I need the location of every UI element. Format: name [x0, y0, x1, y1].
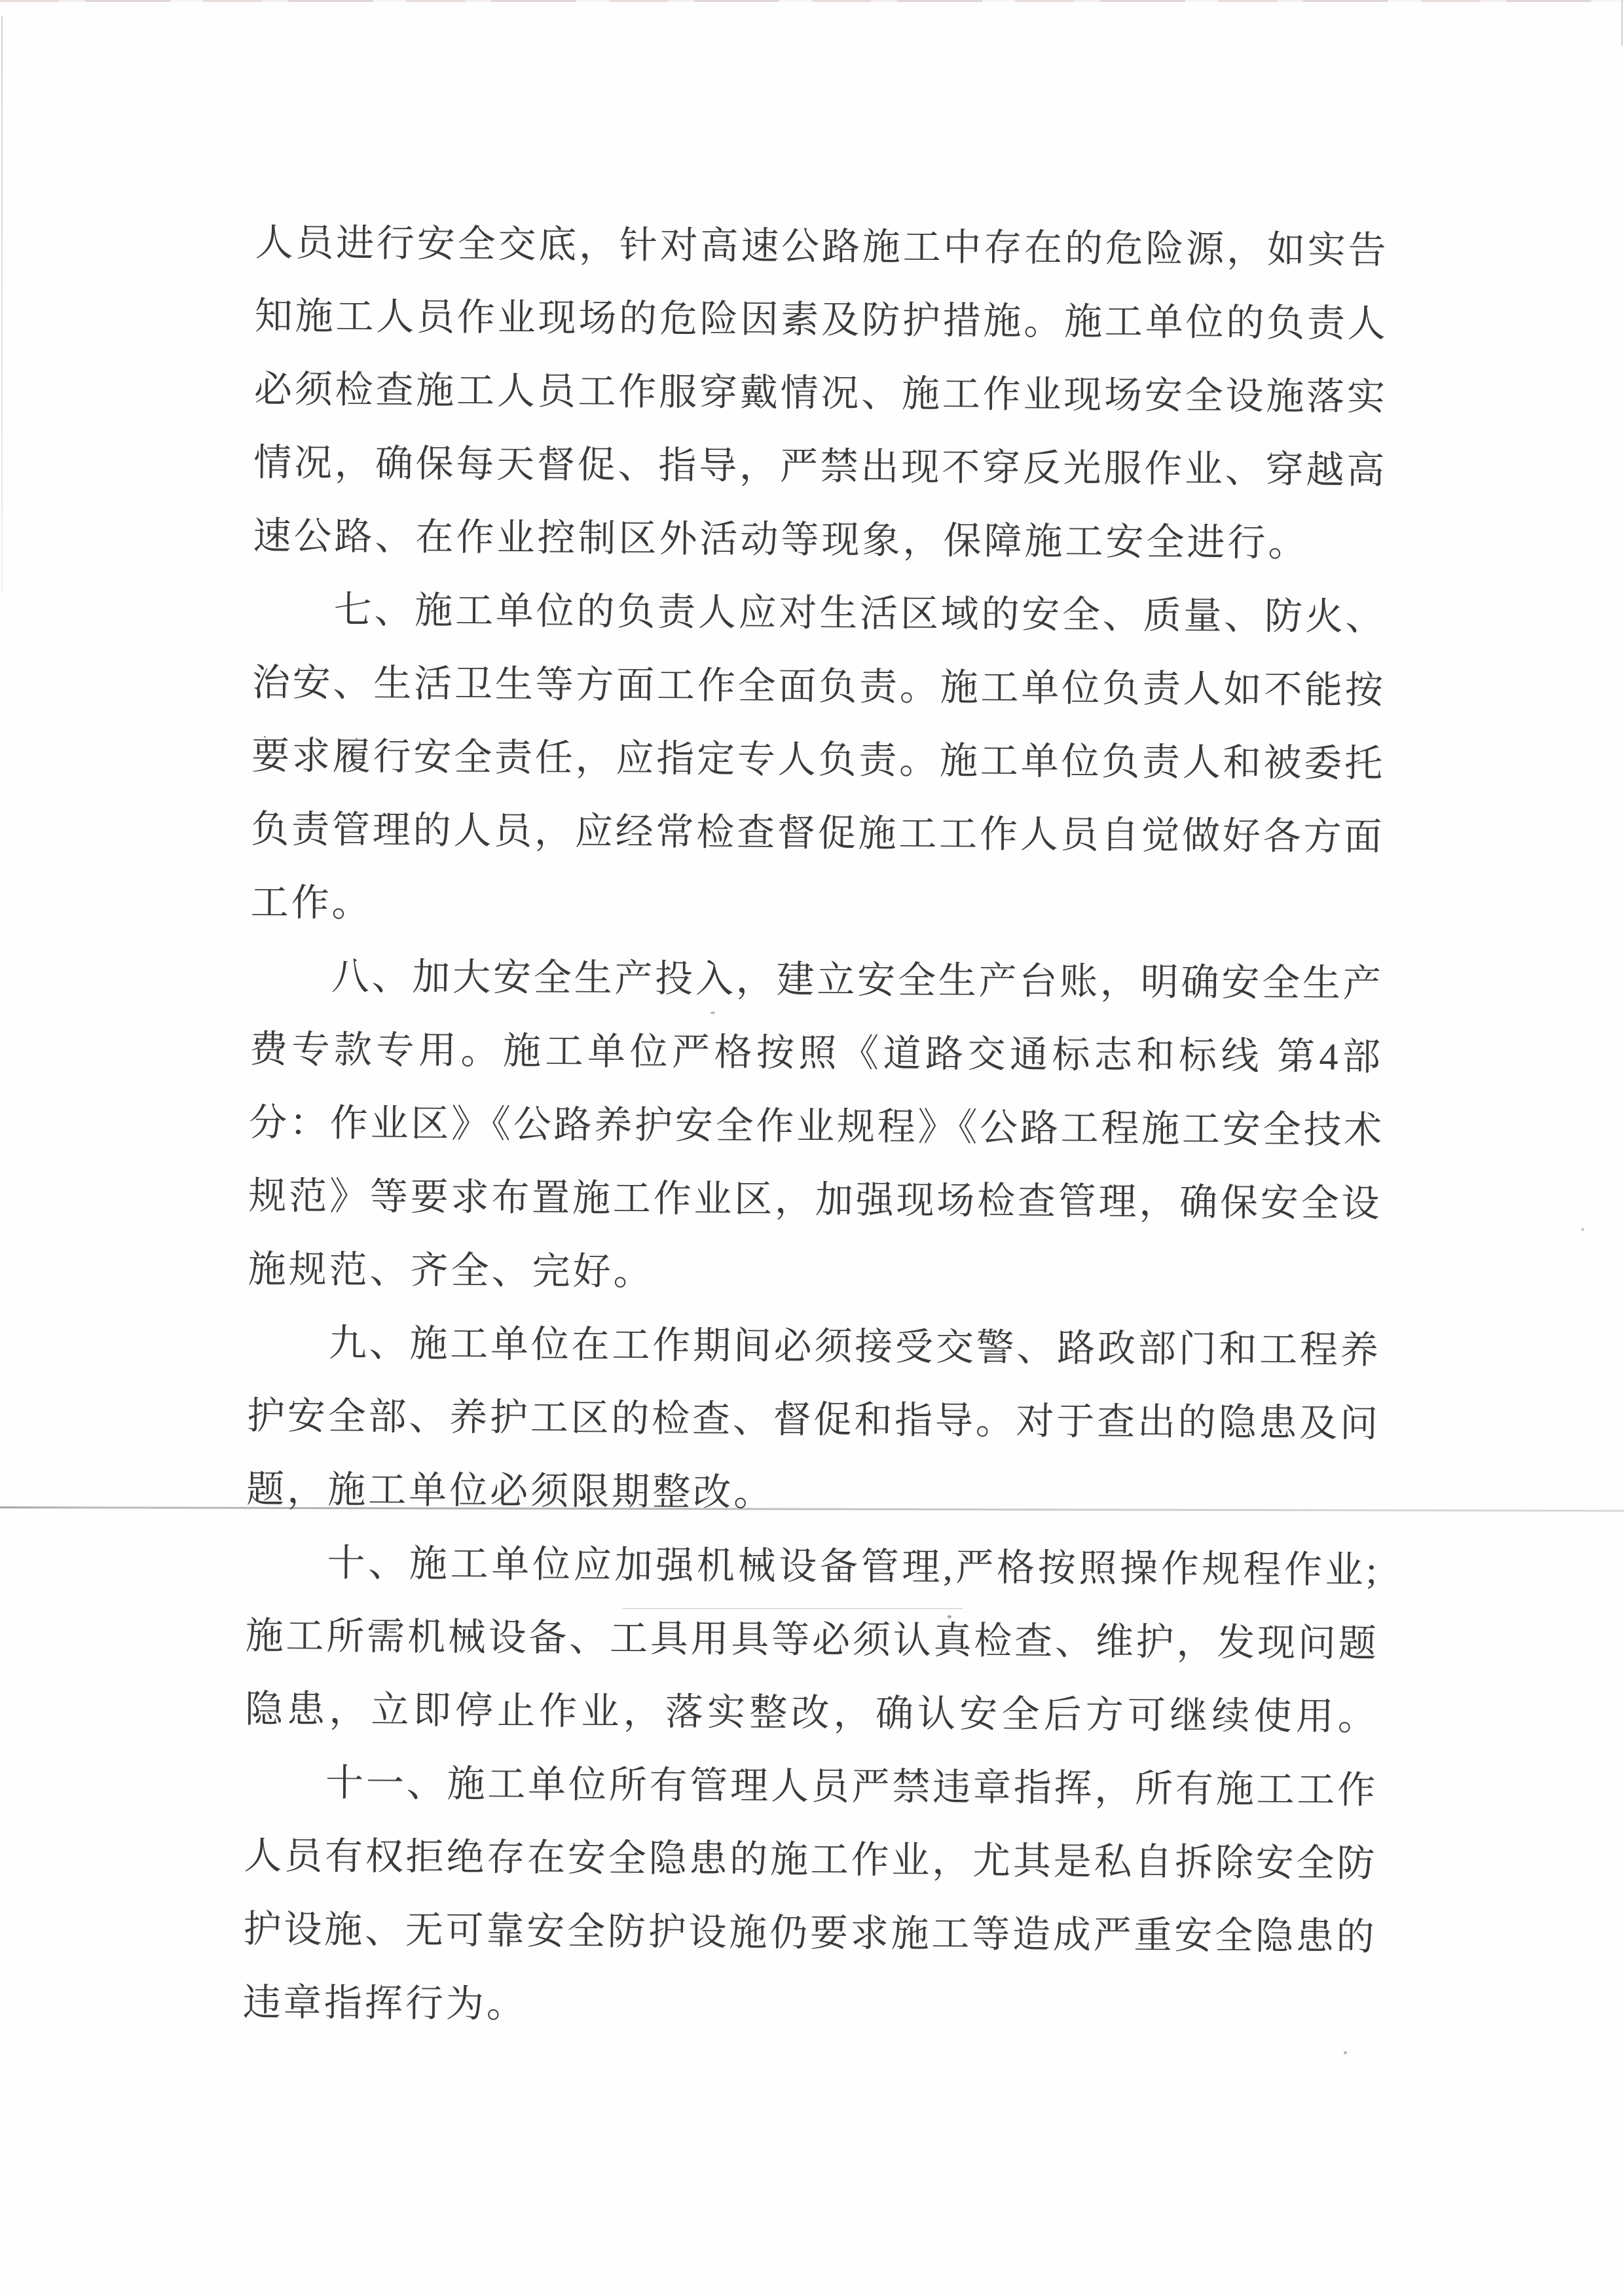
text-line: 情况，确保每天督促、指导，严禁出现不穿反光服作业、穿越高: [253, 426, 1387, 507]
text-line-paragraph-8-start: 八、加大安全生产投入，建立安全生产台账，明确安全生产: [249, 939, 1383, 1021]
text-line-paragraph-10-start: 十、施工单位应加强机械设备管理,严格按照操作规程作业;: [246, 1526, 1379, 1607]
text-line: 护安全部、养护工区的检查、督促和指导。对于查出的隐患及问: [247, 1379, 1380, 1461]
text-line-paragraph-7-start: 七、施工单位的负责人应对生活区域的安全、质量、防火、: [252, 573, 1386, 654]
document-page: 人员进行安全交底，针对高速公路施工中存在的危险源，如实告 知施工人员作业现场的危…: [0, 0, 1624, 2296]
scan-left-edge-artifact: [1, 16, 3, 592]
text-line: 速公路、在作业控制区外活动等现象，保障施工安全进行。: [253, 500, 1386, 581]
scan-speck: [1344, 2051, 1347, 2054]
scan-top-edge-artifact: [0, 0, 1624, 2]
text-line: 知施工人员作业现场的危险因素及防护措施。施工单位的负责人: [254, 280, 1388, 361]
text-line-paragraph-11-start: 十一、施工单位所有管理人员严禁违章指挥，所有施工工作: [244, 1746, 1378, 1827]
text-line: 必须检查施工人员工作服穿戴情况、施工作业现场安全设施落实: [254, 353, 1388, 434]
text-line: 规范》等要求布置施工作业区，加强现场检查管理，确保安全设: [248, 1159, 1382, 1241]
text-line-paragraph-9-start: 九、施工单位在工作期间必须接受交警、路政部门和工程养: [247, 1306, 1380, 1387]
document-body: 人员进行安全交底，针对高速公路施工中存在的危险源，如实告 知施工人员作业现场的危…: [242, 206, 1388, 2047]
text-line: 治安、生活卫生等方面工作全面负责。施工单位负责人如不能按: [252, 646, 1386, 727]
text-line: 人员进行安全交底，针对高速公路施工中存在的危险源，如实告: [255, 206, 1388, 287]
scan-speck: [1581, 1228, 1584, 1231]
text-line: 施规范、齐全、完好。: [248, 1233, 1381, 1314]
text-line: 费专款专用。施工单位严格按照《道路交通标志和标线 第4部: [249, 1013, 1383, 1094]
text-line: 负责管理的人员，应经常检查督促施工工作人员自觉做好各方面: [251, 793, 1384, 874]
text-line: 违章指挥行为。: [242, 1966, 1376, 2047]
text-line: 要求履行安全责任，应指定专人负责。施工单位负责人和被委托: [251, 720, 1385, 801]
text-line: 题，施工单位必须限期整改。: [246, 1453, 1380, 1534]
scan-right-edge-artifact: [1621, 0, 1623, 46]
text-line: 工作。: [250, 866, 1384, 947]
text-line: 隐患，立即停止作业，落实整改，确认安全后方可继续使用。: [245, 1673, 1378, 1754]
text-line: 护设施、无可靠安全防护设施仍要求施工等造成严重安全隐患的: [243, 1893, 1376, 1974]
text-line: 人员有权拒绝存在安全隐患的施工作业，尤其是私自拆除安全防: [244, 1819, 1377, 1901]
text-line: 施工所需机械设备、工具用具等必须认真检查、维护，发现问题: [245, 1599, 1378, 1681]
text-line: 分：作业区》《公路养护安全作业规程》《公路工程施工安全技术: [249, 1086, 1382, 1167]
